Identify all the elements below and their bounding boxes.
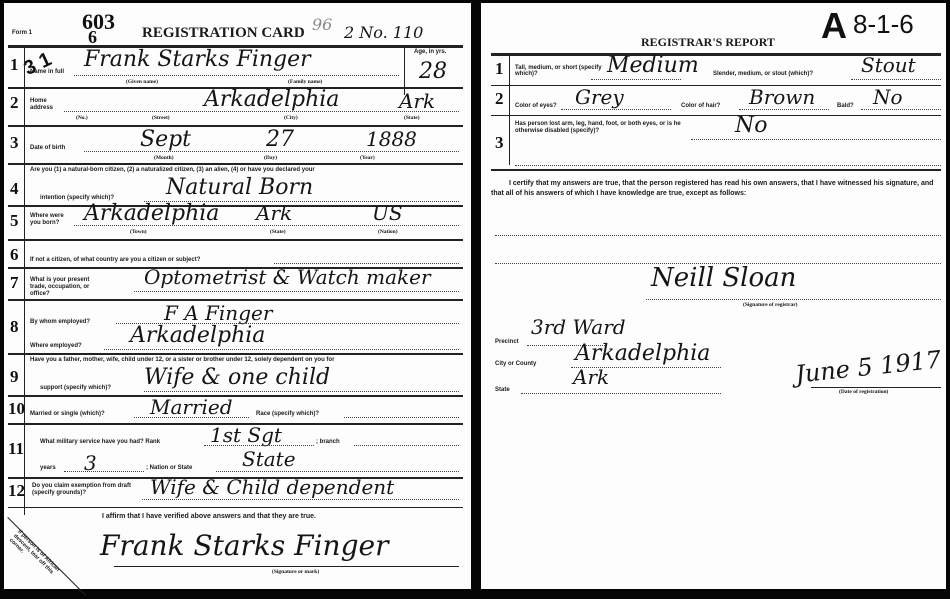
form-label: Form 1 (12, 30, 32, 36)
birth-nation: US (372, 201, 403, 225)
name-label: Name in full (30, 69, 64, 75)
home-state-value: Ark (399, 89, 435, 113)
row-number: 11 (8, 439, 24, 459)
dependents-value: Wife & one child (144, 365, 330, 390)
caption-city: (City) (284, 115, 298, 121)
precinct-value: 3rd Ward (531, 315, 626, 339)
row-number: 3 (495, 133, 504, 153)
home-address-label: Home address (30, 98, 70, 112)
birthplace-label: Where were you born? (30, 213, 70, 227)
caption-state: (State) (404, 115, 420, 121)
marital-value: Married (150, 395, 233, 419)
dob-year: 1888 (366, 127, 417, 151)
stamp-code: 8-1-6 (853, 9, 914, 40)
citizenship-question: Are you (1) a natural-born citizen, (2) … (30, 167, 315, 173)
eye-color-label: Color of eyes? (515, 103, 557, 109)
dob-month: Sept (140, 127, 191, 152)
stamp-number: 3 1 (20, 48, 55, 81)
certification-text: I certify that my answers are true, that… (491, 179, 941, 199)
nation-state-label: ; Nation or State (146, 465, 192, 471)
dob-label: Date of birth (30, 145, 65, 151)
employment-place-label: Where employed? (30, 343, 82, 349)
serial-number: 603 (82, 9, 115, 35)
state-label: State (495, 387, 510, 393)
registration-date-caption: (Date of registration) (839, 389, 888, 395)
row-number: 2 (495, 89, 504, 109)
occupation-label: What is your present trade, occupation, … (30, 277, 90, 298)
build-label: Slender, medium, or stout (which)? (713, 71, 813, 77)
caption-town: (Town) (130, 229, 147, 235)
caption-family-name: (Family name) (288, 79, 322, 85)
registrar-signature-caption: (Signature of registrar) (743, 302, 797, 308)
rank-value: 1st Sgt (210, 423, 282, 447)
city-county-value: Arkadelphia (575, 341, 710, 366)
state-value: Ark (573, 365, 609, 389)
corner-note: If person is of African descent, tear of… (8, 529, 70, 591)
row-number: 4 (10, 179, 19, 199)
birth-state: Ark (256, 201, 292, 225)
registration-date: June 5 1917 (794, 345, 942, 388)
row-number: 6 (10, 245, 19, 265)
stamp-letter: A (821, 5, 847, 47)
caption-year: (Year) (360, 155, 375, 161)
nation-state-value: State (242, 447, 296, 471)
name-value: Frank Starks Finger (84, 47, 311, 72)
birth-town: Arkadelphia (84, 201, 219, 226)
caption-nation: (Nation) (378, 229, 398, 235)
row-number: 12 (8, 481, 25, 501)
employer-label: By whom employed? (30, 319, 90, 325)
city-county-label: City or County (495, 361, 536, 367)
dependents-label: support (specify which)? (40, 385, 111, 391)
military-label: What military service have you had? Rank (40, 439, 160, 445)
dependents-question: Have you a father, mother, wife, child u… (30, 357, 334, 363)
caption-given-name: (Given name) (126, 79, 158, 85)
card-title: REGISTRATION CARD (142, 25, 305, 42)
caption-month: (Month) (154, 155, 174, 161)
race-label: Race (specify which)? (256, 411, 319, 417)
caption-street: (Street) (152, 115, 170, 121)
registration-card: Form 1 603 6 3 1 REGISTRATION CARD 96 2 … (4, 3, 471, 589)
disability-value: No (735, 113, 768, 138)
precinct-label: Precinct (495, 339, 519, 345)
disability-label: Has person lost arm, leg, hand, foot, or… (515, 121, 685, 135)
branch-label: ; branch (316, 439, 340, 445)
bald-value: No (873, 85, 903, 109)
row-number: 5 (10, 211, 19, 231)
home-city-value: Arkadelphia (204, 87, 339, 112)
registrars-report-card: A 8-1-6 REGISTRAR'S REPORT 1 Tall, mediu… (481, 3, 946, 589)
build-value: Stout (861, 53, 916, 77)
report-title: REGISTRAR'S REPORT (641, 35, 775, 50)
employment-place-value: Arkadelphia (130, 323, 265, 348)
row-number: 1 (10, 55, 19, 75)
row-number: 10 (8, 399, 25, 419)
registrar-signature: Neill Sloan (651, 263, 796, 293)
row-number: 1 (495, 59, 504, 79)
row-number: 9 (10, 367, 19, 387)
row-number: 2 (10, 93, 19, 113)
row-number: 7 (10, 273, 19, 293)
foreign-citizenship-label: If not a citizen, of what country are yo… (30, 257, 200, 263)
caption-state: (State) (270, 229, 286, 235)
caption-no: (No.) (76, 115, 88, 121)
exemption-label: Do you claim exemption from draft (speci… (32, 483, 142, 497)
hair-color-label: Color of hair? (681, 103, 720, 109)
card-number: 2 No. 110 (344, 23, 423, 42)
age-value: 28 (419, 59, 447, 84)
row-number: 3 (10, 133, 19, 153)
bald-label: Bald? (837, 103, 854, 109)
faint-pencil-mark: 96 (312, 15, 332, 34)
affirmation-text: I affirm that I have verified above answ… (102, 513, 316, 520)
marital-label: Married or single (which)? (30, 411, 105, 417)
height-value: Medium (607, 53, 699, 78)
exemption-value: Wife & Child dependent (150, 475, 394, 499)
eye-color-value: Grey (575, 85, 624, 109)
employer-value: F A Finger (164, 301, 272, 325)
occupation-value: Optometrist & Watch maker (144, 265, 431, 289)
registrant-signature: Frank Starks Finger (100, 529, 388, 562)
citizenship-value: Natural Born (166, 175, 313, 200)
hair-color-value: Brown (749, 85, 815, 109)
caption-day: (Day) (264, 155, 277, 161)
signature-caption: (Signature or mark) (272, 569, 319, 575)
years-label: years (40, 465, 56, 471)
row-number: 8 (10, 317, 19, 337)
height-label: Tall, medium, or short (specify which)? (515, 65, 605, 77)
dob-day: 27 (266, 127, 294, 152)
age-label: Age, in yrs. (414, 49, 446, 55)
